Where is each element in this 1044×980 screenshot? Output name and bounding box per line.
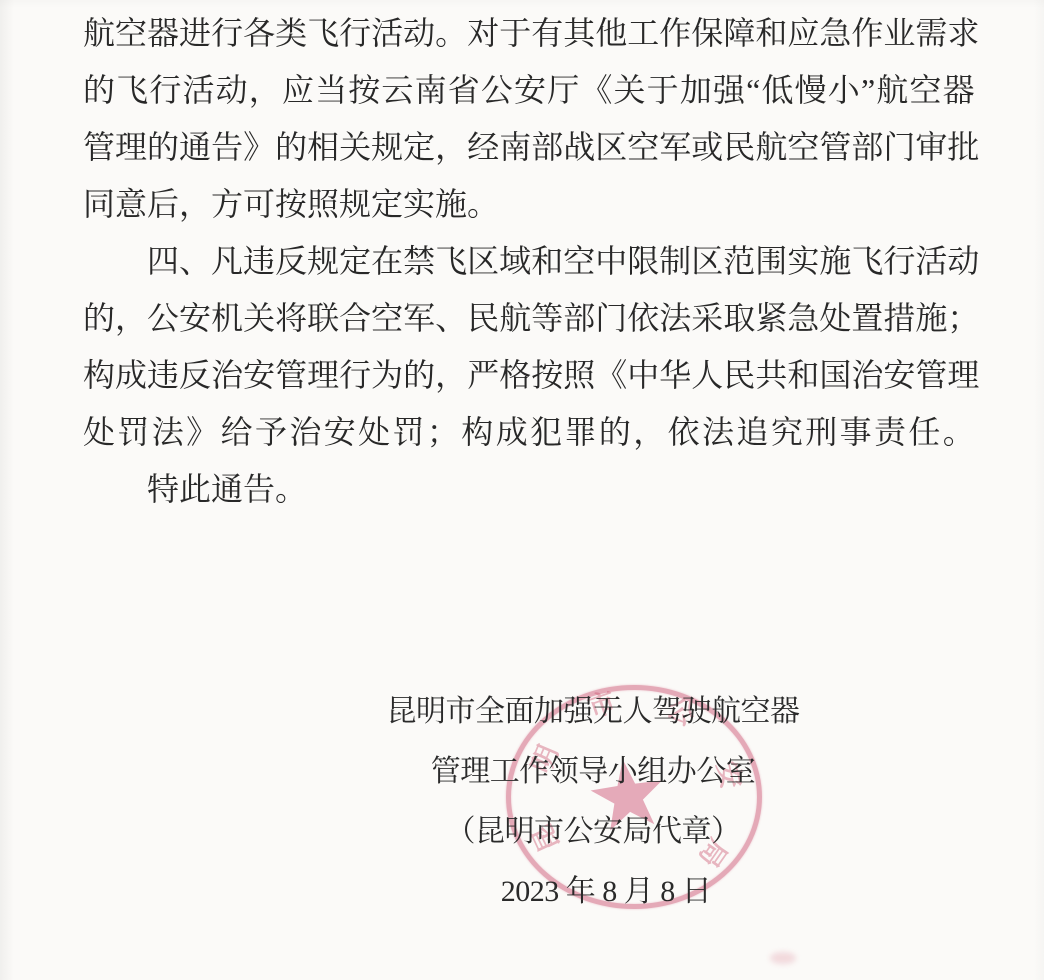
body-line: 特此通告。 (83, 461, 975, 518)
notice-body: 航空器进行各类飞行活动。对于有其他工作保障和应急作业需求的飞行活动，应当按云南省… (83, 5, 975, 518)
ink-smudge (770, 952, 796, 964)
body-line: 四、凡违反规定在禁飞区域和空中限制区范围实施飞行活动 (83, 233, 975, 290)
body-line: 的飞行活动，应当按云南省公安厅《关于加强“低慢小”航空器 (83, 62, 975, 119)
body-line: 航空器进行各类飞行活动。对于有其他工作保障和应急作业需求 (83, 5, 975, 62)
body-line: 的，公安机关将联合空军、民航等部门依法采取紧急处置措施； (83, 290, 975, 347)
body-line: 同意后，方可按照规定实施。 (83, 176, 975, 233)
signature-date: 2023 年 8 月 8 日 (343, 862, 843, 922)
body-line: 处罚法》给予治安处罚；构成犯罪的，依法追究刑事责任。 (83, 404, 975, 461)
body-line: 构成违反治安管理行为的，严格按照《中华人民共和国治安管理 (83, 347, 975, 404)
body-line: 管理的通告》的相关规定，经南部战区空军或民航空管部门审批 (83, 119, 975, 176)
signature-org-lines: 昆明市全面加强无人驾驶航空器管理工作领导小组办公室（昆明市公安局代章） (343, 682, 843, 862)
signature-block: 昆明市全面加强无人驾驶航空器管理工作领导小组办公室（昆明市公安局代章） 2023… (343, 682, 843, 922)
signature-line: 管理工作领导小组办公室 (343, 742, 843, 802)
signature-line: （昆明市公安局代章） (343, 802, 843, 862)
signature-line: 昆明市全面加强无人驾驶航空器 (343, 682, 843, 742)
